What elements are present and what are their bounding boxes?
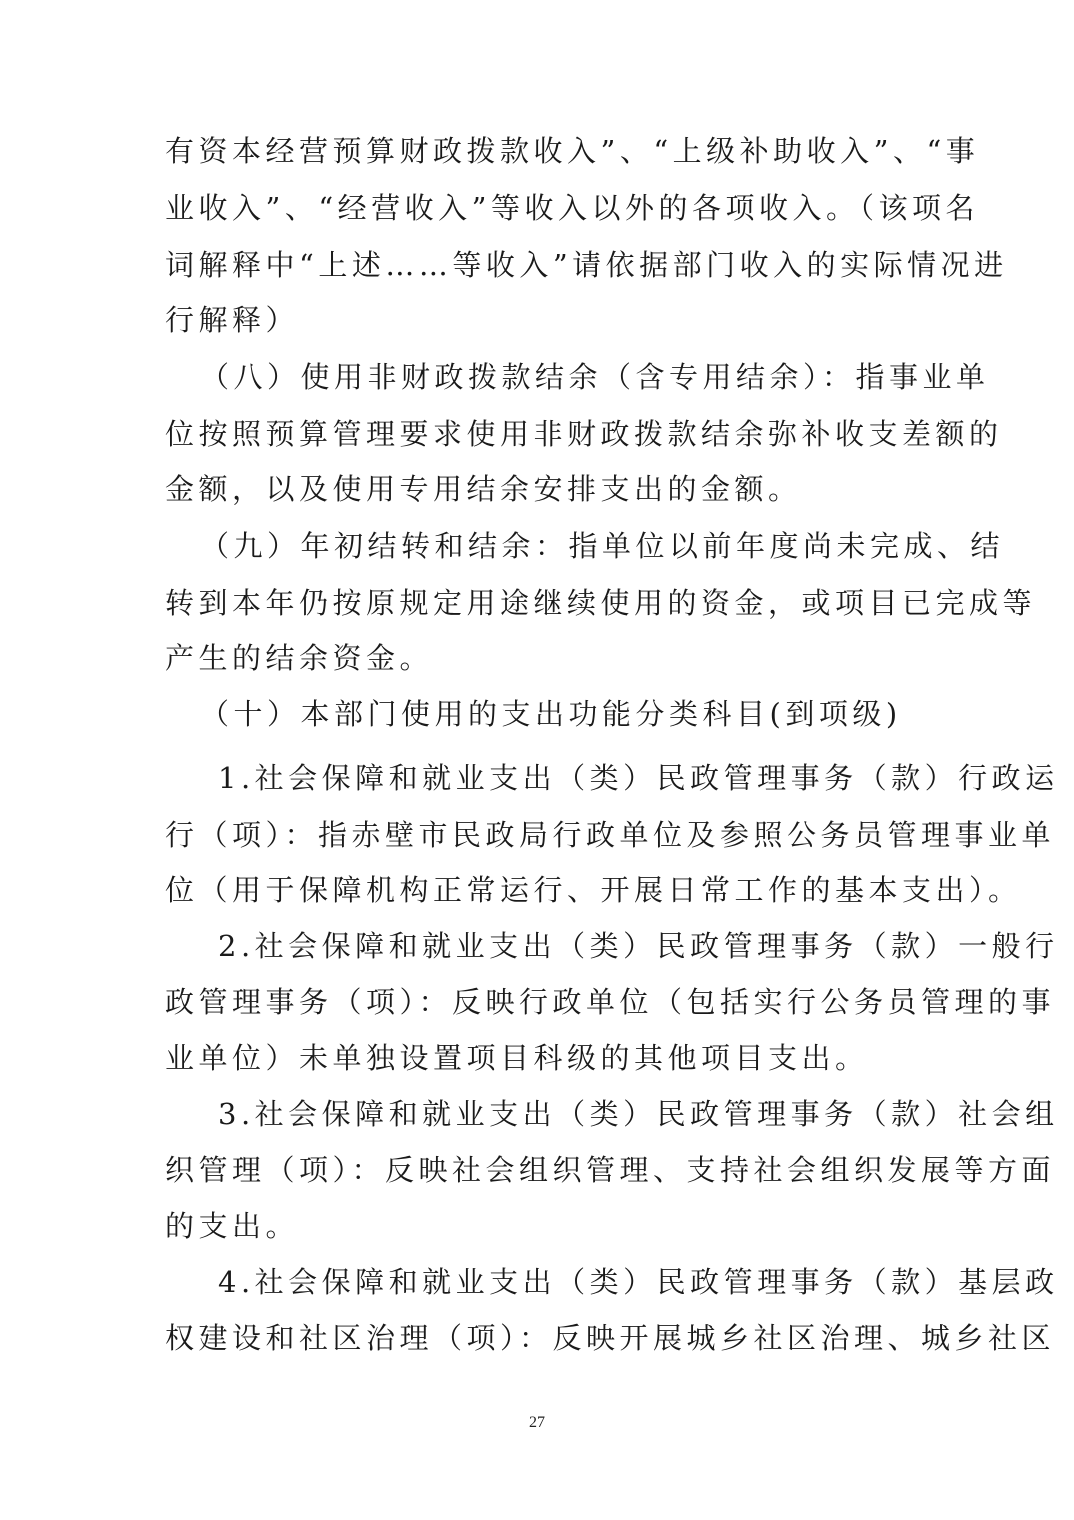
text-line: 的支出。 — [165, 1206, 912, 1246]
list-item-line: 2.社会保障和就业支出（类）民政管理事务（款）一般行 — [218, 926, 912, 966]
text-line: 权建设和社区治理（项）：反映开展城乡社区治理、城乡社区 — [165, 1318, 912, 1358]
page-number: 27 — [0, 1414, 1074, 1432]
text-line: 位（用于保障机构正常运行、开展日常工作的基本支出）。 — [165, 870, 912, 910]
list-item-line: 1.社会保障和就业支出（类）民政管理事务（款）行政运 — [218, 758, 912, 798]
section-heading-line: （九）年初结转和结余：指单位以前年度尚未完成、结 — [200, 526, 912, 566]
list-item-line: 4.社会保障和就业支出（类）民政管理事务（款）基层政 — [218, 1262, 912, 1302]
text-line: 金额，以及使用专用结余安排支出的金额。 — [165, 469, 912, 509]
text-line: 产生的结余资金。 — [165, 638, 912, 678]
text-line: 行（项）：指赤壁市民政局行政单位及参照公务员管理事业单 — [165, 815, 912, 855]
text-line: 业单位）未单独设置项目科级的其他项目支出。 — [165, 1038, 912, 1078]
text-line: 有资本经营预算财政拨款收入”、“上级补助收入”、“事 — [165, 131, 912, 171]
text-line: 行解释） — [165, 300, 912, 340]
text-line: 政管理事务（项）：反映行政单位（包括实行公务员管理的事 — [165, 982, 912, 1022]
text-line: 业收入”、“经营收入”等收入以外的各项收入。（该项名 — [165, 188, 912, 228]
text-line: 织管理（项）：反映社会组织管理、支持社会组织发展等方面 — [165, 1150, 912, 1190]
section-heading: （十）本部门使用的支出功能分类科目(到项级) — [200, 694, 912, 734]
text-line: 位按照预算管理要求使用非财政拨款结余弥补收支差额的 — [165, 414, 912, 454]
section-heading-line: （八）使用非财政拨款结余（含专用结余）：指事业单 — [200, 357, 912, 397]
text-line: 转到本年仍按原规定用途继续使用的资金，或项目已完成等 — [165, 583, 912, 623]
document-page: 有资本经营预算财政拨款收入”、“上级补助收入”、“事 业收入”、“经营收入”等收… — [0, 0, 1074, 1520]
text-line: 词解释中“上述……等收入”请依据部门收入的实际情况进 — [165, 245, 912, 285]
list-item-line: 3.社会保障和就业支出（类）民政管理事务（款）社会组 — [218, 1094, 912, 1134]
